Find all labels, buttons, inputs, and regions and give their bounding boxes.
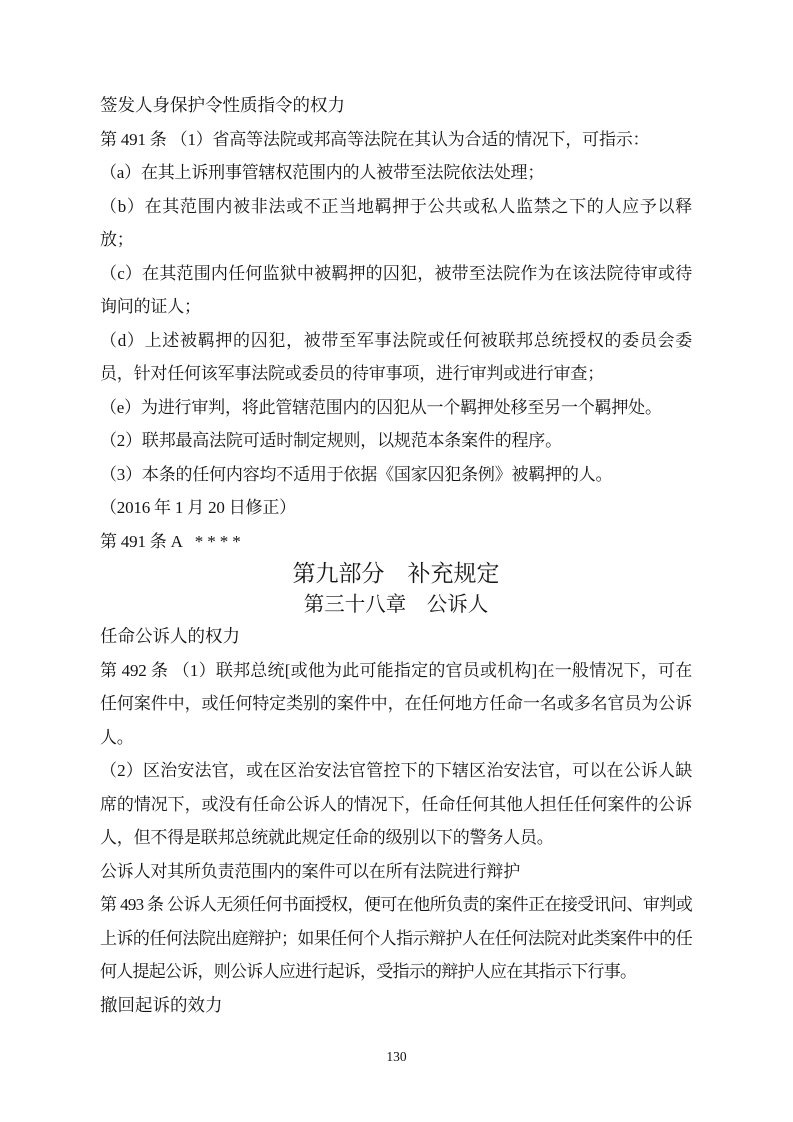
article-491-clause-3: （3）本条的任何内容均不适用于依据《国家囚犯条例》被羁押的人。 bbox=[100, 458, 692, 492]
document-page: 签发人身保护令性质指令的权力 第 491 条 （1）省高等法院或邦高等法院在其认… bbox=[0, 0, 793, 1122]
article-492-clause-1: 第 492 条 （1）联邦总统[或他为此可能指定的官员或机构]在一般情况下，可在… bbox=[100, 654, 692, 755]
article-492-clause-2: （2）区治安法官，或在区治安法官管控下的下辖区治安法官，可以在公诉人缺席的情况下… bbox=[100, 754, 692, 855]
chapter-38-title: 第三十八章 公诉人 bbox=[100, 590, 692, 620]
amendment-date-note: （2016 年 1 月 20 日修正） bbox=[100, 491, 692, 525]
article-491A-label: 第 491 条 A bbox=[100, 532, 183, 551]
article-493: 第 493 条 公诉人无须任何书面授权，便可在他所负责的案件正在接受讯问、审判或… bbox=[100, 888, 692, 989]
article-491-item-b: （b）在其范围内被非法或不正当地羁押于公共或私人监禁之下的人应予以释放； bbox=[100, 190, 692, 257]
article-491-clause-1: 第 491 条 （1）省高等法院或邦高等法院在其认为合适的情况下，可指示： bbox=[100, 123, 692, 157]
article-491-item-a: （a）在其上诉刑事管辖权范围内的人被带至法院依法处理； bbox=[100, 156, 692, 190]
article-491-clause-2: （2）联邦最高法院可适时制定规则，以规范本条案件的程序。 bbox=[100, 424, 692, 458]
withdrawal-effect-heading: 撤回起诉的效力 bbox=[100, 989, 692, 1023]
article-491-item-d: （d）上述被羁押的囚犯，被带至军事法院或任何被联邦总统授权的委员会委员，针对任何… bbox=[100, 324, 692, 391]
article-491-item-e: （e）为进行审判，将此管辖范围内的囚犯从一个羁押处移至另一个羁押处。 bbox=[100, 391, 692, 425]
section-491-heading: 签发人身保护令性质指令的权力 bbox=[100, 89, 692, 123]
article-491A-line: 第 491 条 A**** bbox=[100, 525, 692, 559]
omitted-text-asterisks: **** bbox=[195, 532, 245, 551]
article-491-item-c: （c）在其范围内任何监狱中被羁押的囚犯，被带至法院作为在该法院待审或待询问的证人… bbox=[100, 257, 692, 324]
page-number: 130 bbox=[0, 1048, 793, 1066]
part-9-title: 第九部分 补充规定 bbox=[100, 558, 692, 590]
section-492-heading: 任命公诉人的权力 bbox=[100, 620, 692, 654]
section-493-note: 公诉人对其所负责范围内的案件可以在所有法院进行辩护 bbox=[100, 855, 692, 889]
